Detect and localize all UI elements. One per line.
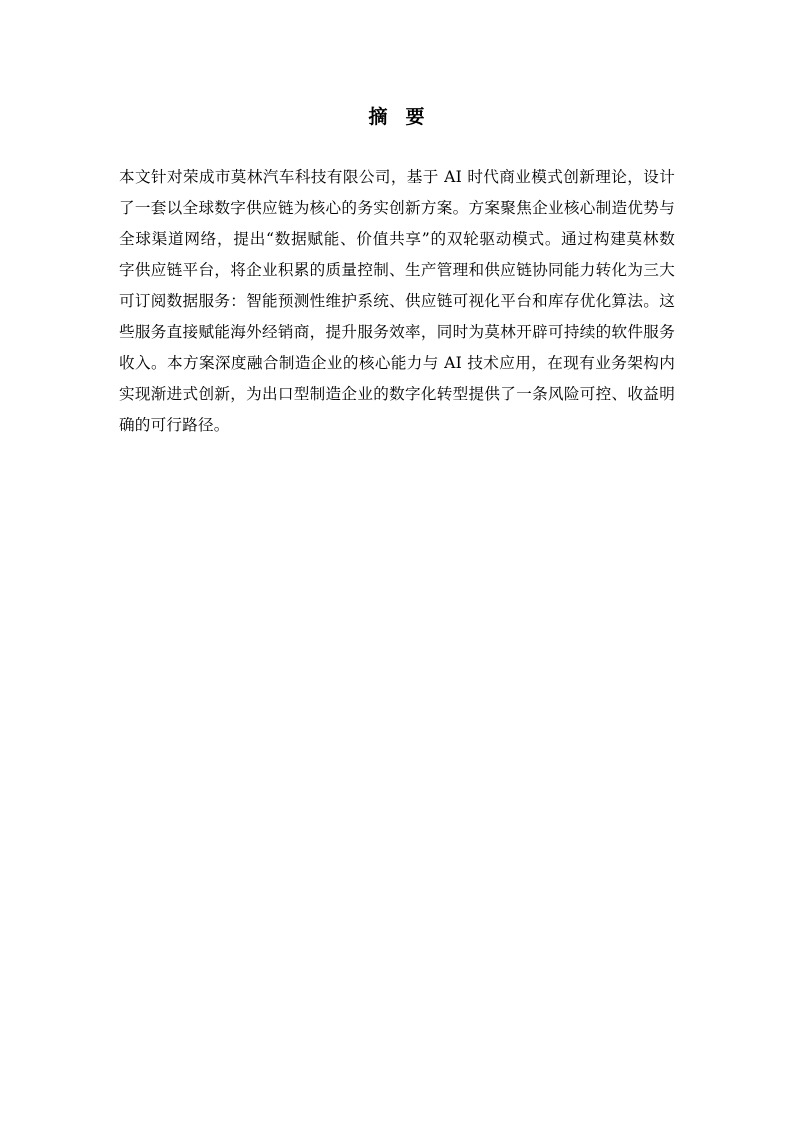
abstract-line-1: 本文针对荣成市莫林汽车科技有限公司，基于 AI 时代商业模式创新理论，设计	[119, 162, 675, 193]
abstract-line-4: 字供应链平台，将企业积累的质量控制、生产管理和供应链协同能力转化为三大	[119, 255, 675, 286]
abstract-line-6: 些服务直接赋能海外经销商，提升服务效率，同时为莫林开辟可持续的软件服务	[119, 317, 675, 348]
abstract-line-5: 可订阅数据服务：智能预测性维护系统、供应链可视化平台和库存优化算法。这	[119, 286, 675, 317]
abstract-line-7: 收入。本方案深度融合制造企业的核心能力与 AI 技术应用，在现有业务架构内	[119, 348, 675, 379]
abstract-title: 摘要	[0, 104, 793, 130]
abstract-line-2: 了一套以全球数字供应链为核心的务实创新方案。方案聚焦企业核心制造优势与	[119, 193, 675, 224]
abstract-line-8: 实现渐进式创新，为出口型制造企业的数字化转型提供了一条风险可控、收益明	[119, 379, 675, 410]
abstract-line-9: 确的可行路径。	[119, 410, 675, 441]
document-page: 摘要 本文针对荣成市莫林汽车科技有限公司，基于 AI 时代商业模式创新理论，设计…	[0, 0, 793, 1122]
abstract-line-3: 全球渠道网络，提出“数据赋能、价值共享”的双轮驱动模式。通过构建莫林数	[119, 224, 675, 255]
abstract-body: 本文针对荣成市莫林汽车科技有限公司，基于 AI 时代商业模式创新理论，设计 了一…	[119, 162, 675, 441]
title-char-1: 摘	[368, 106, 387, 128]
title-char-2: 要	[406, 106, 425, 128]
